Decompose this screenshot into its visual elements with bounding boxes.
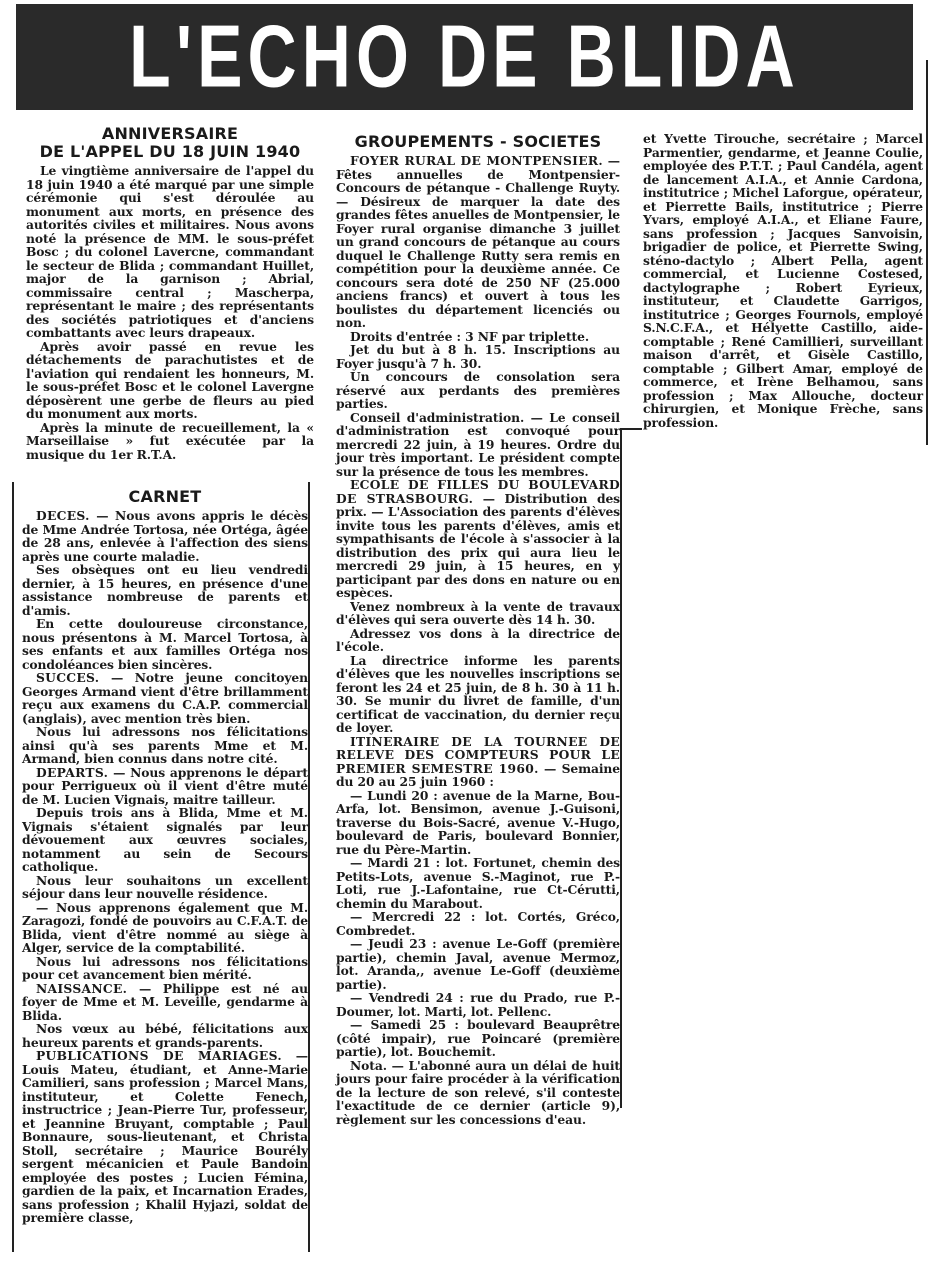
paragraph: SUCCES. — Notre jeune concitoyen Georges…	[22, 671, 308, 725]
paragraph: Jet du but à 8 h. 15. Inscriptions au Fo…	[336, 343, 620, 370]
newspaper-title: L'ECHO DE BLIDA	[129, 6, 800, 107]
masthead-banner: L'ECHO DE BLIDA	[16, 4, 913, 110]
paragraph: Nota. — L'abonné aura un délai de huit j…	[336, 1059, 620, 1127]
paragraph: Nous lui adressons nos félicitations pou…	[22, 955, 308, 982]
paragraph: Nous lui adressons nos félicitations ain…	[22, 725, 308, 766]
paragraph: Nous leur souhaitons un excellent séjour…	[22, 874, 308, 901]
article-headline-2: DE L'APPEL DU 18 JUIN 1940	[26, 143, 314, 161]
column-rule	[926, 60, 928, 445]
paragraph: — Nous apprenons également que M. Zarago…	[22, 901, 308, 955]
item-text: — Désireux de marquer la date des grande…	[336, 194, 620, 331]
paragraph: Nos vœux au bébé, félicitations aux heur…	[22, 1022, 308, 1049]
corner-rule	[620, 428, 642, 430]
column-rule	[12, 482, 14, 1252]
paragraph: Conseil d'administration. — Le conseil d…	[336, 411, 620, 479]
paragraph: PUBLICATIONS DE MARIAGES. — Louis Mateu,…	[22, 1049, 308, 1225]
article-groupements: GROUPEMENTS - SOCIETES FOYER RURAL DE MO…	[336, 133, 620, 1126]
column-rule	[308, 482, 310, 1252]
paragraph: Le vingtième anniversaire de l'appel du …	[26, 164, 314, 340]
itinerary-day: — Vendredi 24 : rue du Prado, rue P.-Dou…	[336, 991, 620, 1018]
paragraph: Un concours de consolation sera réservé …	[336, 370, 620, 411]
column-rule	[620, 428, 622, 1108]
itinerary-day: — Mardi 21 : lot. Fortunet, chemin des P…	[336, 856, 620, 910]
paragraph: et Yvette Tirouche, secrétaire ; Marcel …	[643, 132, 923, 429]
paragraph: Droits d'entrée : 3 NF par triplette.	[336, 330, 620, 344]
article-carnet: CARNET DECES. — Nous avons appris le déc…	[22, 488, 308, 1225]
itinerary-day: — Mercredi 22 : lot. Cortés, Gréco, Comb…	[336, 910, 620, 937]
item-text: — L'Association des parents d'élèves inv…	[336, 504, 620, 600]
article-headline-1: ANNIVERSAIRE	[26, 125, 314, 143]
paragraph: ECOLE DE FILLES DU BOULEVARD DE STRASBOU…	[336, 478, 620, 600]
itinerary-day: — Samedi 25 : boulevard Beauprêtre (côté…	[336, 1018, 620, 1059]
paragraph: DEPARTS. — Nous apprenons le départ pour…	[22, 766, 308, 807]
paragraph: DECES. — Nous avons appris le décès de M…	[22, 509, 308, 563]
paragraph: Après avoir passé en revue les détacheme…	[26, 340, 314, 421]
article-mariages-suite: et Yvette Tirouche, secrétaire ; Marcel …	[643, 132, 923, 429]
paragraph: ITINERAIRE DE LA TOURNEE DE RELEVE DES C…	[336, 735, 620, 789]
paragraph: La directrice informe les parents d'élèv…	[336, 654, 620, 735]
paragraph: Après la minute de recueillement, la « M…	[26, 421, 314, 462]
itinerary-day: — Jeudi 23 : avenue Le-Goff (première pa…	[336, 937, 620, 991]
paragraph: En cette douloureuse circonstance, nous …	[22, 617, 308, 671]
paragraph: FOYER RURAL DE MONTPENSIER. — Fêtes annu…	[336, 154, 620, 330]
article-anniversaire: ANNIVERSAIRE DE L'APPEL DU 18 JUIN 1940 …	[26, 125, 314, 461]
paragraph: Ses obsèques ont eu lieu vendredi dernie…	[22, 563, 308, 617]
paragraph: Depuis trois ans à Blida, Mme et M. Vign…	[22, 806, 308, 874]
paragraph: Adressez vos dons à la directrice de l'é…	[336, 627, 620, 654]
rubric-text: — Louis Mateu, étudiant, et Anne-Marie C…	[22, 1048, 308, 1225]
itinerary-day: — Lundi 20 : avenue de la Marne, Bou-Arf…	[336, 789, 620, 857]
section-headline: GROUPEMENTS - SOCIETES	[336, 133, 620, 151]
paragraph: Venez nombreux à la vente de travaux d'é…	[336, 600, 620, 627]
paragraph: NAISSANCE. — Philippe est né au foyer de…	[22, 982, 308, 1023]
section-headline: CARNET	[22, 488, 308, 506]
